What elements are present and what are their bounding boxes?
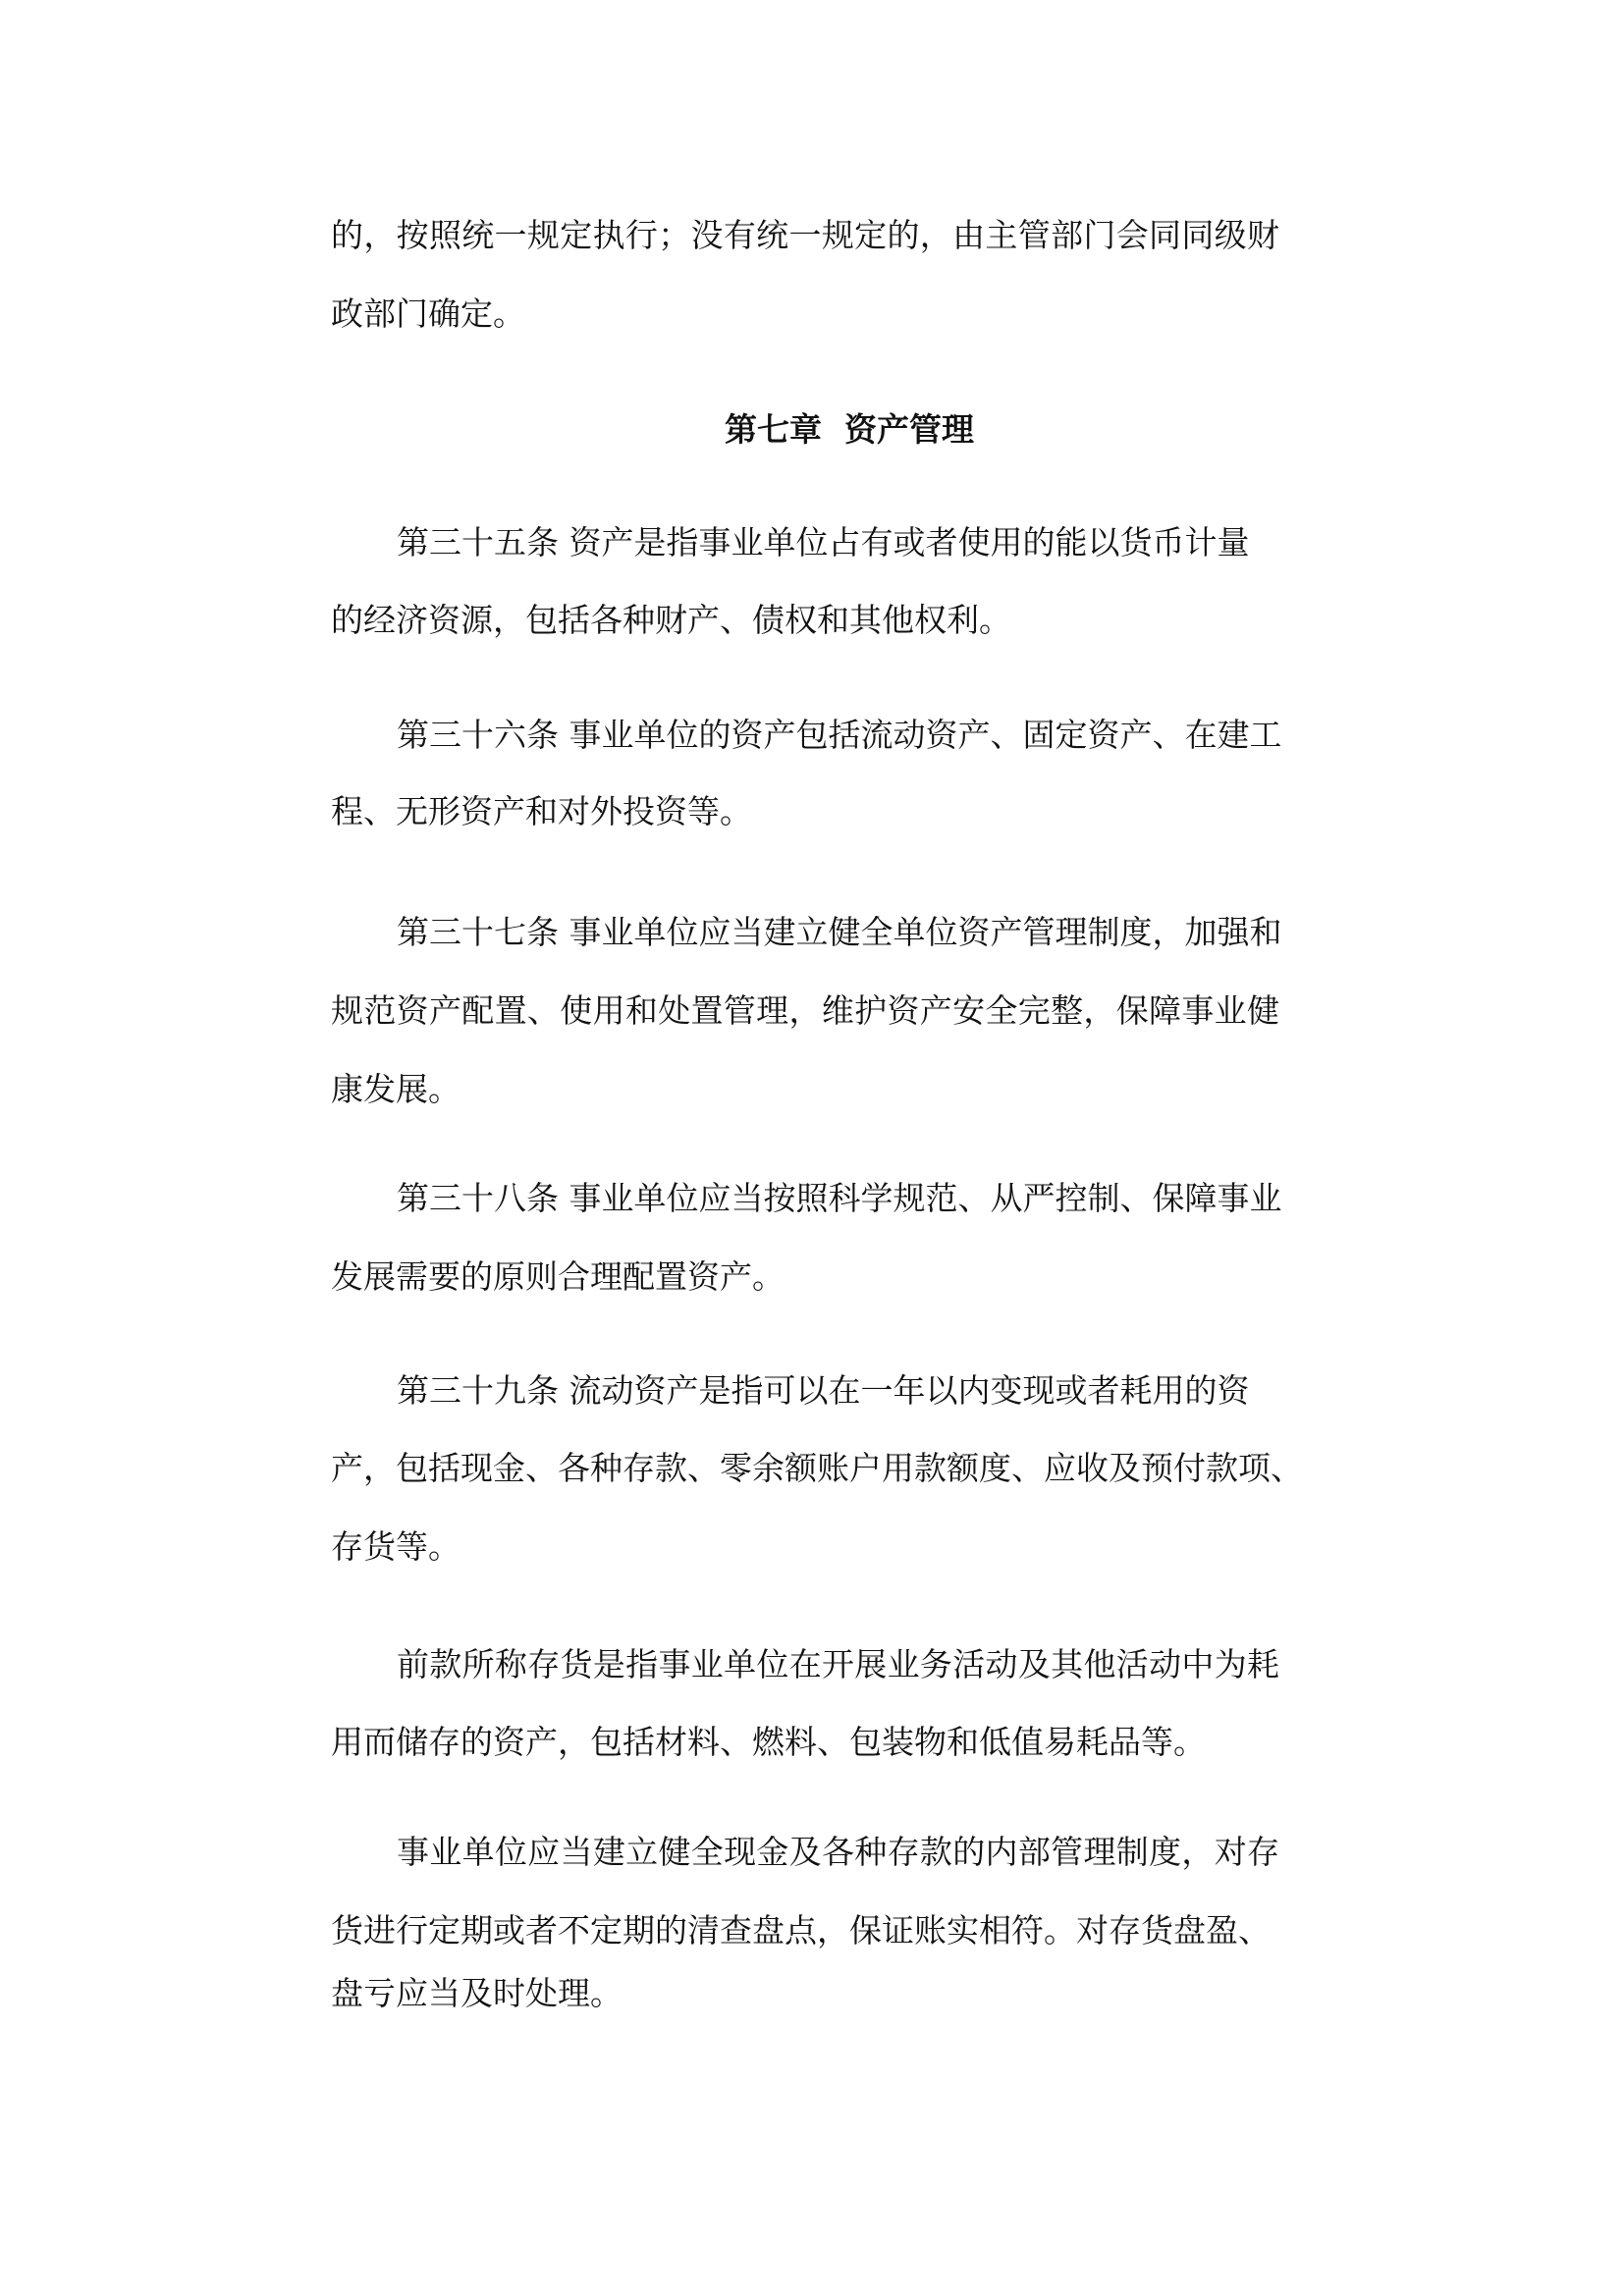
article-37-line-3: 康发展。 — [331, 1070, 1279, 1109]
article-39-line-3: 存货等。 — [331, 1527, 1279, 1567]
article-39-line-1: 第三十九条 流动资产是指可以在一年以内变现或者耗用的资 — [397, 1371, 1279, 1411]
chapter-heading: 第七章 资产管理 — [331, 408, 1368, 452]
article-35-line-1: 第三十五条 资产是指事业单位占有或者使用的能以货币计量 — [397, 523, 1279, 562]
inventory-definition-line-1: 前款所称存货是指事业单位在开展业务活动及其他活动中为耗 — [397, 1645, 1279, 1684]
cash-management-line-3: 盘亏应当及时处理。 — [331, 1974, 1279, 2013]
article-38-line-2: 发展需要的原则合理配置资产。 — [331, 1257, 1279, 1297]
article-38-line-1: 第三十八条 事业单位应当按照科学规范、从严控制、保障事业 — [397, 1179, 1279, 1218]
document-page: 的，按照统一规定执行；没有统一规定的，由主管部门会同同级财 政部门确定。 第七章… — [0, 0, 1624, 2296]
article-36-line-1: 第三十六条 事业单位的资产包括流动资产、固定资产、在建工 — [397, 716, 1279, 755]
article-37-line-1: 第三十七条 事业单位应当建立健全单位资产管理制度，加强和 — [397, 913, 1279, 952]
continuation-line-1: 的，按照统一规定执行；没有统一规定的，由主管部门会同同级财 — [331, 216, 1279, 255]
cash-management-line-1: 事业单位应当建立健全现金及各种存款的内部管理制度，对存 — [397, 1833, 1279, 1872]
inventory-definition-line-2: 用而储存的资产，包括材料、燃料、包装物和低值易耗品等。 — [331, 1723, 1279, 1762]
article-36-line-2: 程、无形资产和对外投资等。 — [331, 792, 1279, 831]
continuation-line-2: 政部门确定。 — [331, 294, 1279, 334]
article-35-line-2: 的经济资源，包括各种财产、债权和其他权利。 — [331, 601, 1279, 640]
article-37-line-2: 规范资产配置、使用和处置管理，维护资产安全完整，保障事业健 — [331, 991, 1279, 1031]
cash-management-line-2: 货进行定期或者不定期的清查盘点，保证账实相符。对存货盘盈、 — [331, 1911, 1279, 1950]
article-39-line-2: 产，包括现金、各种存款、零余额账户用款额度、应收及预付款项、 — [331, 1449, 1279, 1488]
